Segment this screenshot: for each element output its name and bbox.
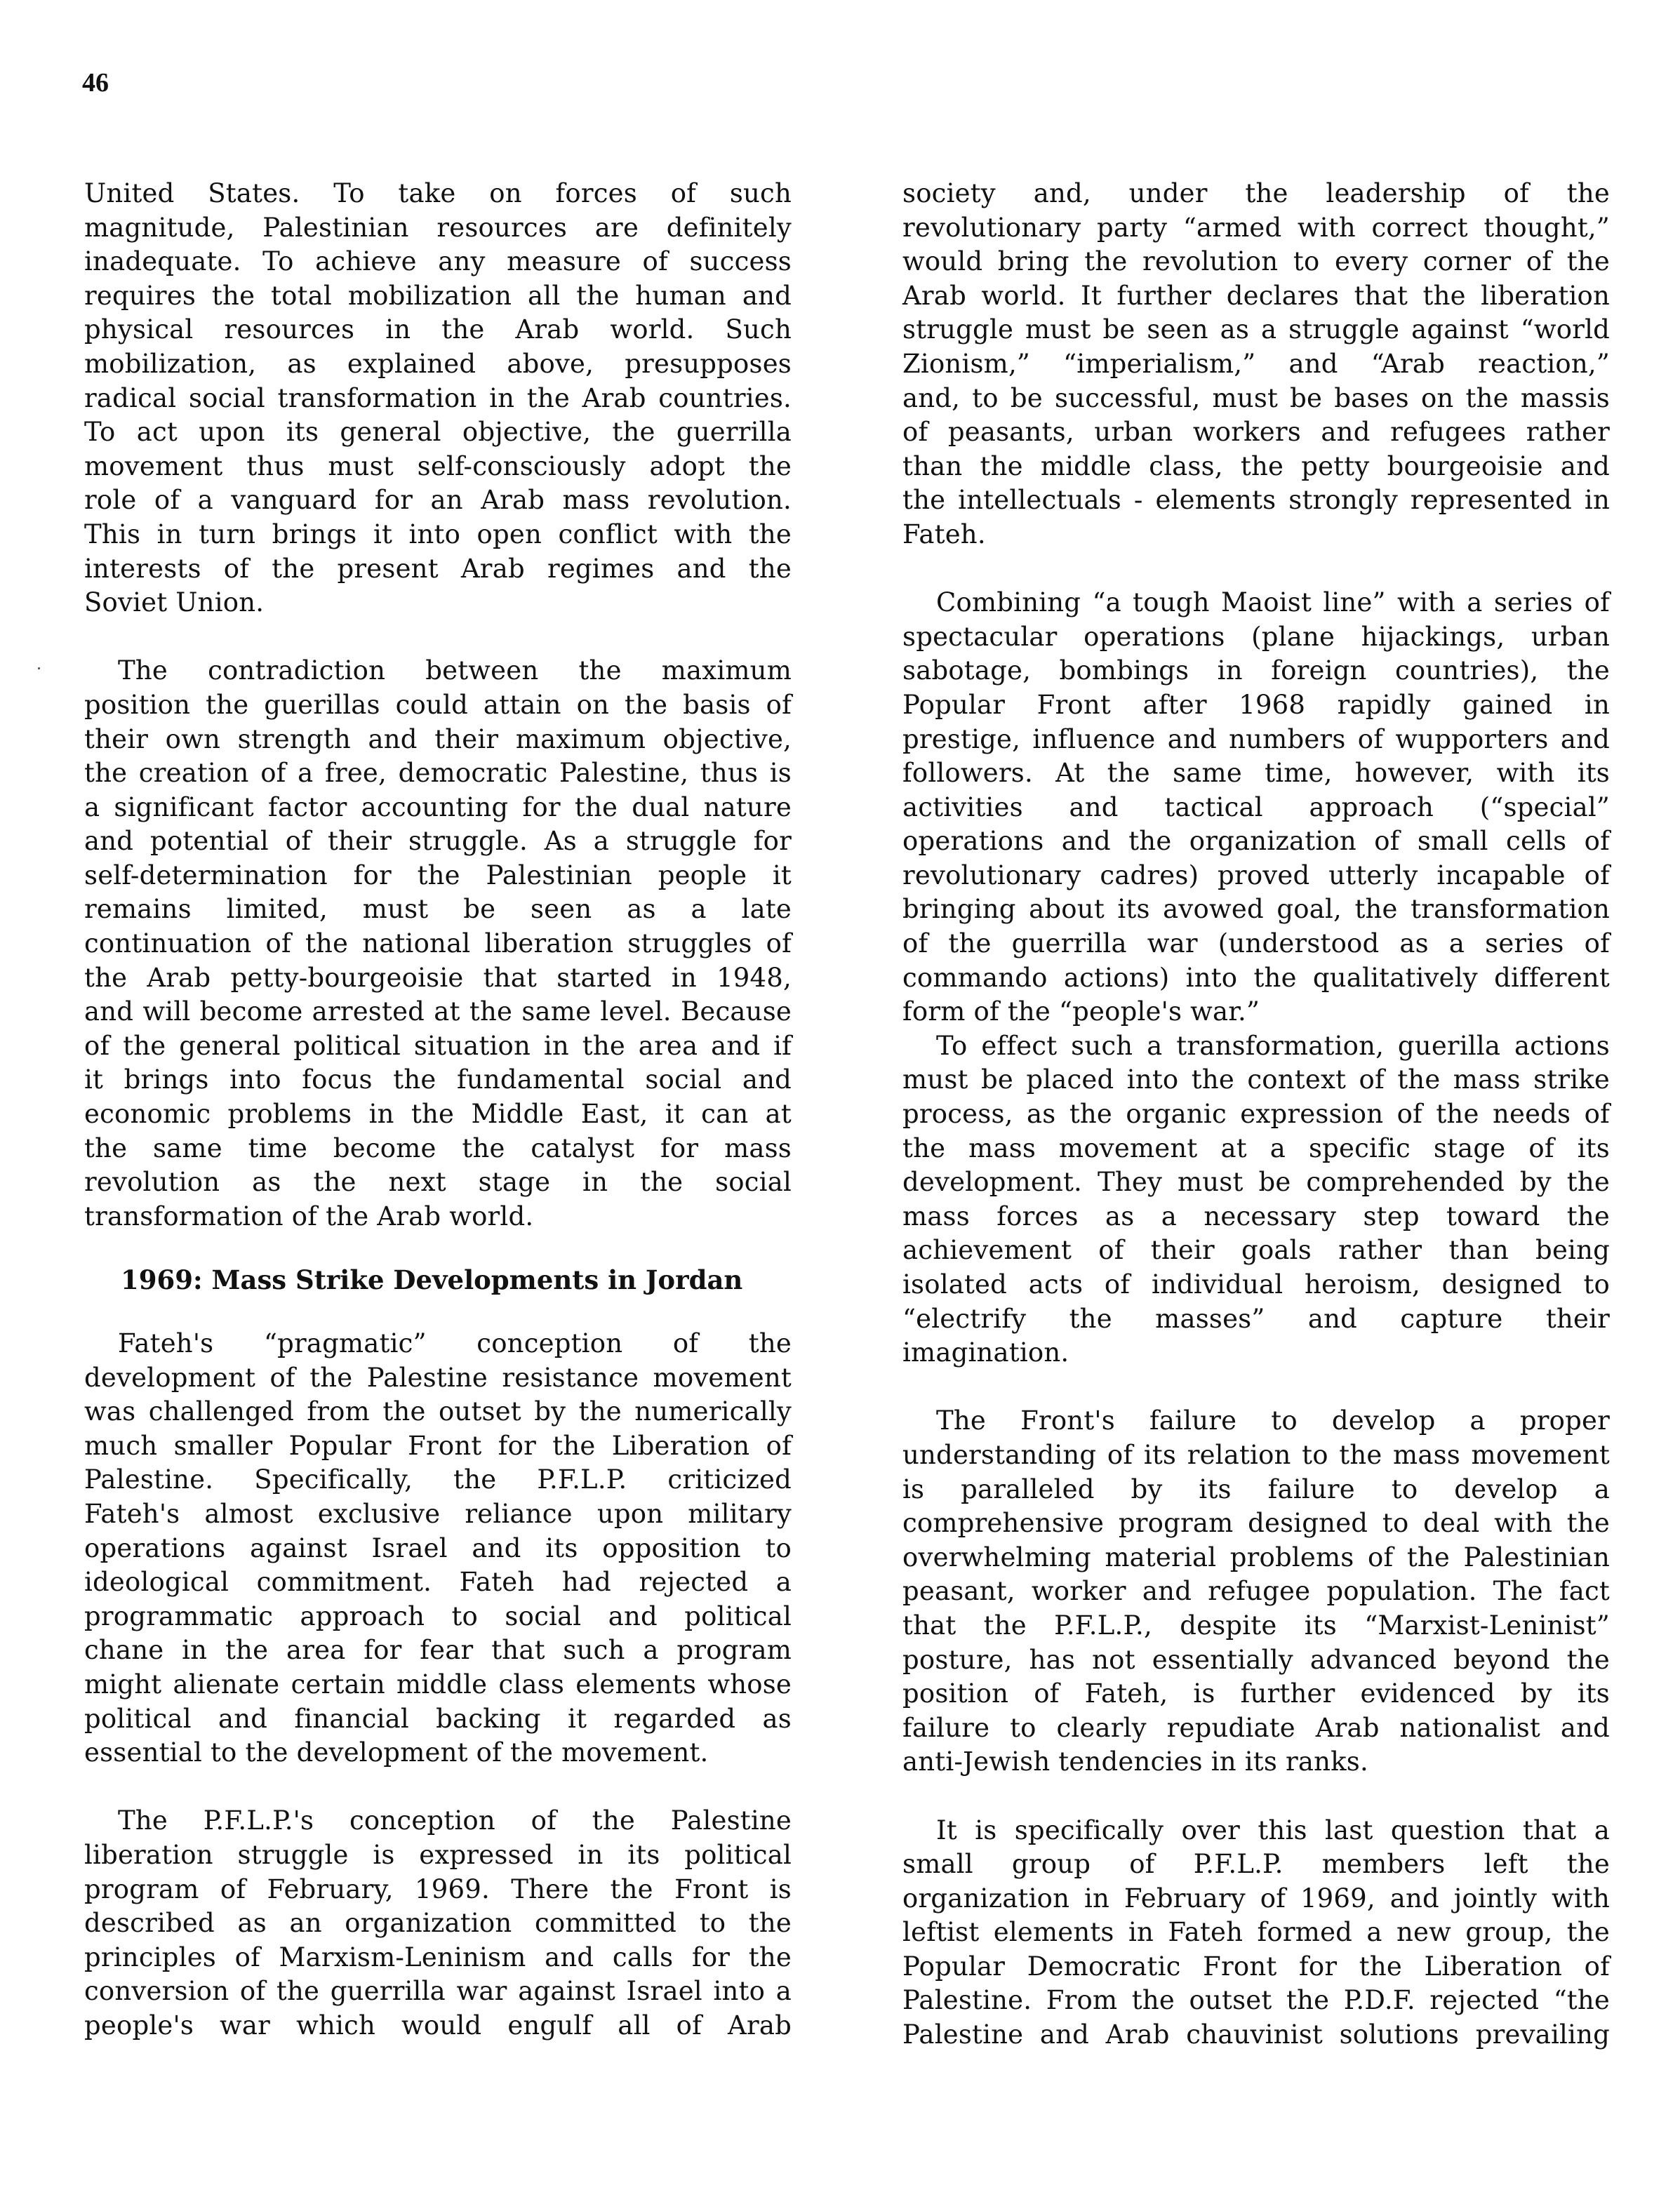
right-column: society and, under the leadership of the… [902, 177, 1610, 2052]
text-line: than the middle class, the petty bourgeo… [902, 450, 1610, 484]
paragraph: To effect such a transformation, guerill… [902, 1029, 1610, 1370]
paragraph: The contradiction between the maximumpos… [84, 654, 792, 1234]
text-line: of peasants, urban workers and refugees … [902, 415, 1610, 450]
text-line: prestige, influence and numbers of wuppo… [902, 723, 1610, 757]
paragraph-spacer [902, 552, 1610, 587]
text-line: interests of the present Arab regimes an… [84, 552, 792, 587]
text-line: conversion of the guerrilla war against … [84, 1975, 792, 2009]
text-line: leftist elements in Fateh formed a new g… [902, 1916, 1610, 1950]
paragraph: It is specifically over this last questi… [902, 1814, 1610, 2052]
text-line: mass forces as a necessary step toward t… [902, 1200, 1610, 1234]
text-line: continuation of the national liberation … [84, 927, 792, 961]
text-line: physical resources in the Arab world. Su… [84, 313, 792, 347]
text-line: Palestine and Arab chauvinist solutions … [902, 2018, 1610, 2052]
text-line: Popular Front after 1968 rapidly gained … [902, 688, 1610, 723]
text-line: The contradiction between the maximum [84, 654, 792, 688]
paragraph-spacer [84, 1770, 792, 1805]
text-line: movement thus must self-consciously adop… [84, 450, 792, 484]
left-column: United States. To take on forces of such… [84, 177, 792, 2043]
text-line: Palestine. Specifically, the P.F.L.P. cr… [84, 1463, 792, 1497]
text-line: struggle must be seen as a struggle agai… [902, 313, 1610, 347]
text-line: Palestine. From the outset the P.D.F. re… [902, 1984, 1610, 2018]
paragraph-spacer [84, 1297, 792, 1327]
text-line: understanding of its relation to the mas… [902, 1438, 1610, 1473]
text-line: programmatic approach to social and poli… [84, 1600, 792, 1634]
text-line: ideological commitment. Fateh had reject… [84, 1565, 792, 1600]
scan-artifact-dot [38, 667, 40, 669]
text-line: Arab world. It further declares that the… [902, 279, 1610, 314]
text-line: that the P.F.L.P., despite its “Marxist-… [902, 1609, 1610, 1643]
paragraph: society and, under the leadership of the… [902, 177, 1610, 552]
text-line: anti-Jewish tendencies in its ranks. [902, 1745, 1610, 1779]
text-line: form of the “people's war.” [902, 995, 1610, 1029]
text-line: and potential of their struggle. As a st… [84, 824, 792, 859]
text-line: is paralleled by its failure to develop … [902, 1473, 1610, 1507]
text-line: process, as the organic expression of th… [902, 1097, 1610, 1132]
text-line: operations and the organization of small… [902, 824, 1610, 859]
text-line: United States. To take on forces of such [84, 177, 792, 211]
text-line: of the guerrilla war (understood as a se… [902, 927, 1610, 961]
text-line: activities and tactical approach (“speci… [902, 791, 1610, 825]
text-line: requires the total mobilization all the … [84, 279, 792, 314]
text-line: revolutionary party “armed with correct … [902, 211, 1610, 246]
text-line: the intellectuals - elements strongly re… [902, 483, 1610, 518]
text-line: might alienate certain middle class elem… [84, 1668, 792, 1702]
text-line: comprehensive program designed to deal w… [902, 1507, 1610, 1541]
text-line: sabotage, bombings in foreign countries)… [902, 654, 1610, 688]
text-line: chane in the area for fear that such a p… [84, 1634, 792, 1668]
text-line: Popular Democratic Front for the Liberat… [902, 1950, 1610, 1984]
text-line: To effect such a transformation, guerill… [902, 1029, 1610, 1064]
paragraph-spacer [84, 1234, 792, 1263]
text-line: achievement of their goals rather than b… [902, 1234, 1610, 1268]
text-line: Fateh. [902, 518, 1610, 552]
paragraph: Fateh's “pragmatic” conception of thedev… [84, 1327, 792, 1770]
paragraph: The Front's failure to develop a properu… [902, 1404, 1610, 1779]
text-line: It is specifically over this last questi… [902, 1814, 1610, 1848]
text-line: essential to the development of the move… [84, 1736, 792, 1770]
text-line: development of the Palestine resistance … [84, 1361, 792, 1396]
text-line: imagination. [902, 1336, 1610, 1370]
text-line: The Front's failure to develop a proper [902, 1404, 1610, 1438]
text-line: organization in February of 1969, and jo… [902, 1882, 1610, 1916]
text-line: small group of P.F.L.P. members left the [902, 1848, 1610, 1882]
text-line: was challenged from the outset by the nu… [84, 1395, 792, 1429]
text-line: remains limited, must be seen as a late [84, 893, 792, 927]
text-line: The P.F.L.P.'s conception of the Palesti… [84, 1804, 792, 1838]
text-line: the creation of a free, democratic Pales… [84, 756, 792, 791]
text-line: Combining “a tough Maoist line” with a s… [902, 586, 1610, 620]
text-line: much smaller Popular Front for the Liber… [84, 1429, 792, 1464]
page-number: 46 [82, 67, 109, 98]
text-line: a significant factor accounting for the … [84, 791, 792, 825]
text-line: failure to clearly repudiate Arab nation… [902, 1711, 1610, 1746]
paragraph: The P.F.L.P.'s conception of the Palesti… [84, 1804, 792, 2043]
text-line: “electrify the masses” and capture their [902, 1302, 1610, 1337]
text-line: and will become arrested at the same lev… [84, 995, 792, 1029]
text-line: people's war which would engulf all of A… [84, 2009, 792, 2043]
text-line: operations against Israel and its opposi… [84, 1532, 792, 1566]
text-line: bringing about its avowed goal, the tran… [902, 893, 1610, 927]
text-line: program of February, 1969. There the Fro… [84, 1873, 792, 1907]
text-line: revolution as the next stage in the soci… [84, 1166, 792, 1200]
paragraph-spacer [84, 620, 792, 655]
text-line: liberation struggle is expressed in its … [84, 1838, 792, 1873]
text-line: radical social transformation in the Ara… [84, 382, 792, 416]
paragraph-spacer [902, 1779, 1610, 1814]
text-line: Soviet Union. [84, 586, 792, 620]
text-line: self-determination for the Palestinian p… [84, 859, 792, 893]
text-line: peasant, worker and refugee population. … [902, 1575, 1610, 1609]
paragraph: United States. To take on forces of such… [84, 177, 792, 620]
text-line: development. They must be comprehended b… [902, 1166, 1610, 1200]
paragraph-spacer [902, 1370, 1610, 1405]
text-line: political and financial backing it regar… [84, 1702, 792, 1737]
text-line: would bring the revolution to every corn… [902, 245, 1610, 279]
text-line: isolated acts of individual heroism, des… [902, 1268, 1610, 1302]
text-line: of the general political situation in th… [84, 1029, 792, 1064]
text-line: spectacular operations (plane hijackings… [902, 620, 1610, 655]
text-line: This in turn brings it into open conflic… [84, 518, 792, 552]
text-line: posture, has not essentially advanced be… [902, 1643, 1610, 1678]
text-line: Fateh's almost exclusive reliance upon m… [84, 1497, 792, 1532]
text-line: overwhelming material problems of the Pa… [902, 1541, 1610, 1575]
text-line: commando actions) into the qualitatively… [902, 961, 1610, 996]
text-line: society and, under the leadership of the [902, 177, 1610, 211]
text-line: transformation of the Arab world. [84, 1200, 792, 1234]
text-line: Fateh's “pragmatic” conception of the [84, 1327, 792, 1361]
text-line: position the guerillas could attain on t… [84, 688, 792, 723]
text-line: their own strength and their maximum obj… [84, 723, 792, 757]
text-line: economic problems in the Middle East, it… [84, 1097, 792, 1132]
text-line: and, to be successful, must be bases on … [902, 382, 1610, 416]
text-line: described as an organization committed t… [84, 1906, 792, 1941]
text-line: position of Fateh, is further evidenced … [902, 1677, 1610, 1711]
text-line: inadequate. To achieve any measure of su… [84, 245, 792, 279]
text-line: followers. At the same time, however, wi… [902, 756, 1610, 791]
text-line: mobilization, as explained above, presup… [84, 347, 792, 382]
text-line: To act upon its general objective, the g… [84, 415, 792, 450]
paragraph: Combining “a tough Maoist line” with a s… [902, 586, 1610, 1029]
text-line: it brings into focus the fundamental soc… [84, 1063, 792, 1097]
text-line: the Arab petty-bourgeoisie that started … [84, 961, 792, 996]
text-line: the same time become the catalyst for ma… [84, 1132, 792, 1166]
section-heading: 1969: Mass Strike Developments in Jordan [84, 1263, 792, 1297]
text-line: magnitude, Palestinian resources are def… [84, 211, 792, 246]
text-line: the mass movement at a specific stage of… [902, 1132, 1610, 1166]
text-line: Zionism,” “imperialism,” and “Arab react… [902, 347, 1610, 382]
text-line: role of a vanguard for an Arab mass revo… [84, 483, 792, 518]
text-line: principles of Marxism-Leninism and calls… [84, 1941, 792, 1975]
text-line: must be placed into the context of the m… [902, 1063, 1610, 1097]
text-line: revolutionary cadres) proved utterly inc… [902, 859, 1610, 893]
